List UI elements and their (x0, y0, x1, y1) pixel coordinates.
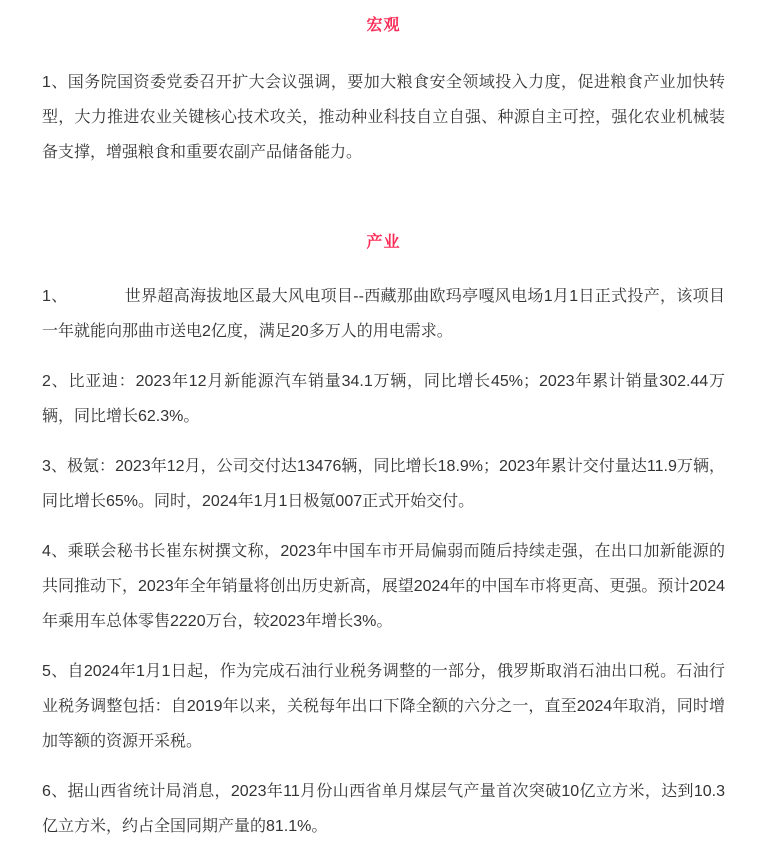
news-item-industry-6: 6、据山西省统计局消息，2023年11月份山西省单月煤层气产量首次突破10亿立方… (42, 774, 725, 844)
news-item-industry-2: 2、比亚迪：2023年12月新能源汽车销量34.1万辆，同比增长45%；2023… (42, 364, 725, 434)
news-item-industry-4: 4、乘联会秘书长崔东树撰文称，2023年中国车市开局偏弱而随后持续走强，在出口加… (42, 534, 725, 639)
section-macro: 宏观 1、国务院国资委党委召开扩大会议强调，要加大粮食安全领域投入力度，促进粮食… (42, 15, 725, 170)
news-item-industry-5: 5、自2024年1月1日起，作为完成石油行业税务调整的一部分，俄罗斯取消石油出口… (42, 654, 725, 759)
news-item-macro-1: 1、国务院国资委党委召开扩大会议强调，要加大粮食安全领域投入力度，促进粮食产业加… (42, 65, 725, 170)
article-page: 宏观 1、国务院国资委党委召开扩大会议强调，要加大粮食安全领域投入力度，促进粮食… (0, 0, 764, 854)
news-item-industry-1: 1、 世界超高海拔地区最大风电项目--西藏那曲欧玛亭嘎风电场1月1日正式投产，该… (42, 279, 725, 349)
section-industry: 产业 1、 世界超高海拔地区最大风电项目--西藏那曲欧玛亭嘎风电场1月1日正式投… (42, 232, 725, 844)
section-title-industry: 产业 (42, 232, 725, 254)
news-item-industry-3: 3、极氪：2023年12月，公司交付达13476辆，同比增长18.9%；2023… (42, 449, 725, 519)
section-title-macro: 宏观 (42, 15, 725, 37)
